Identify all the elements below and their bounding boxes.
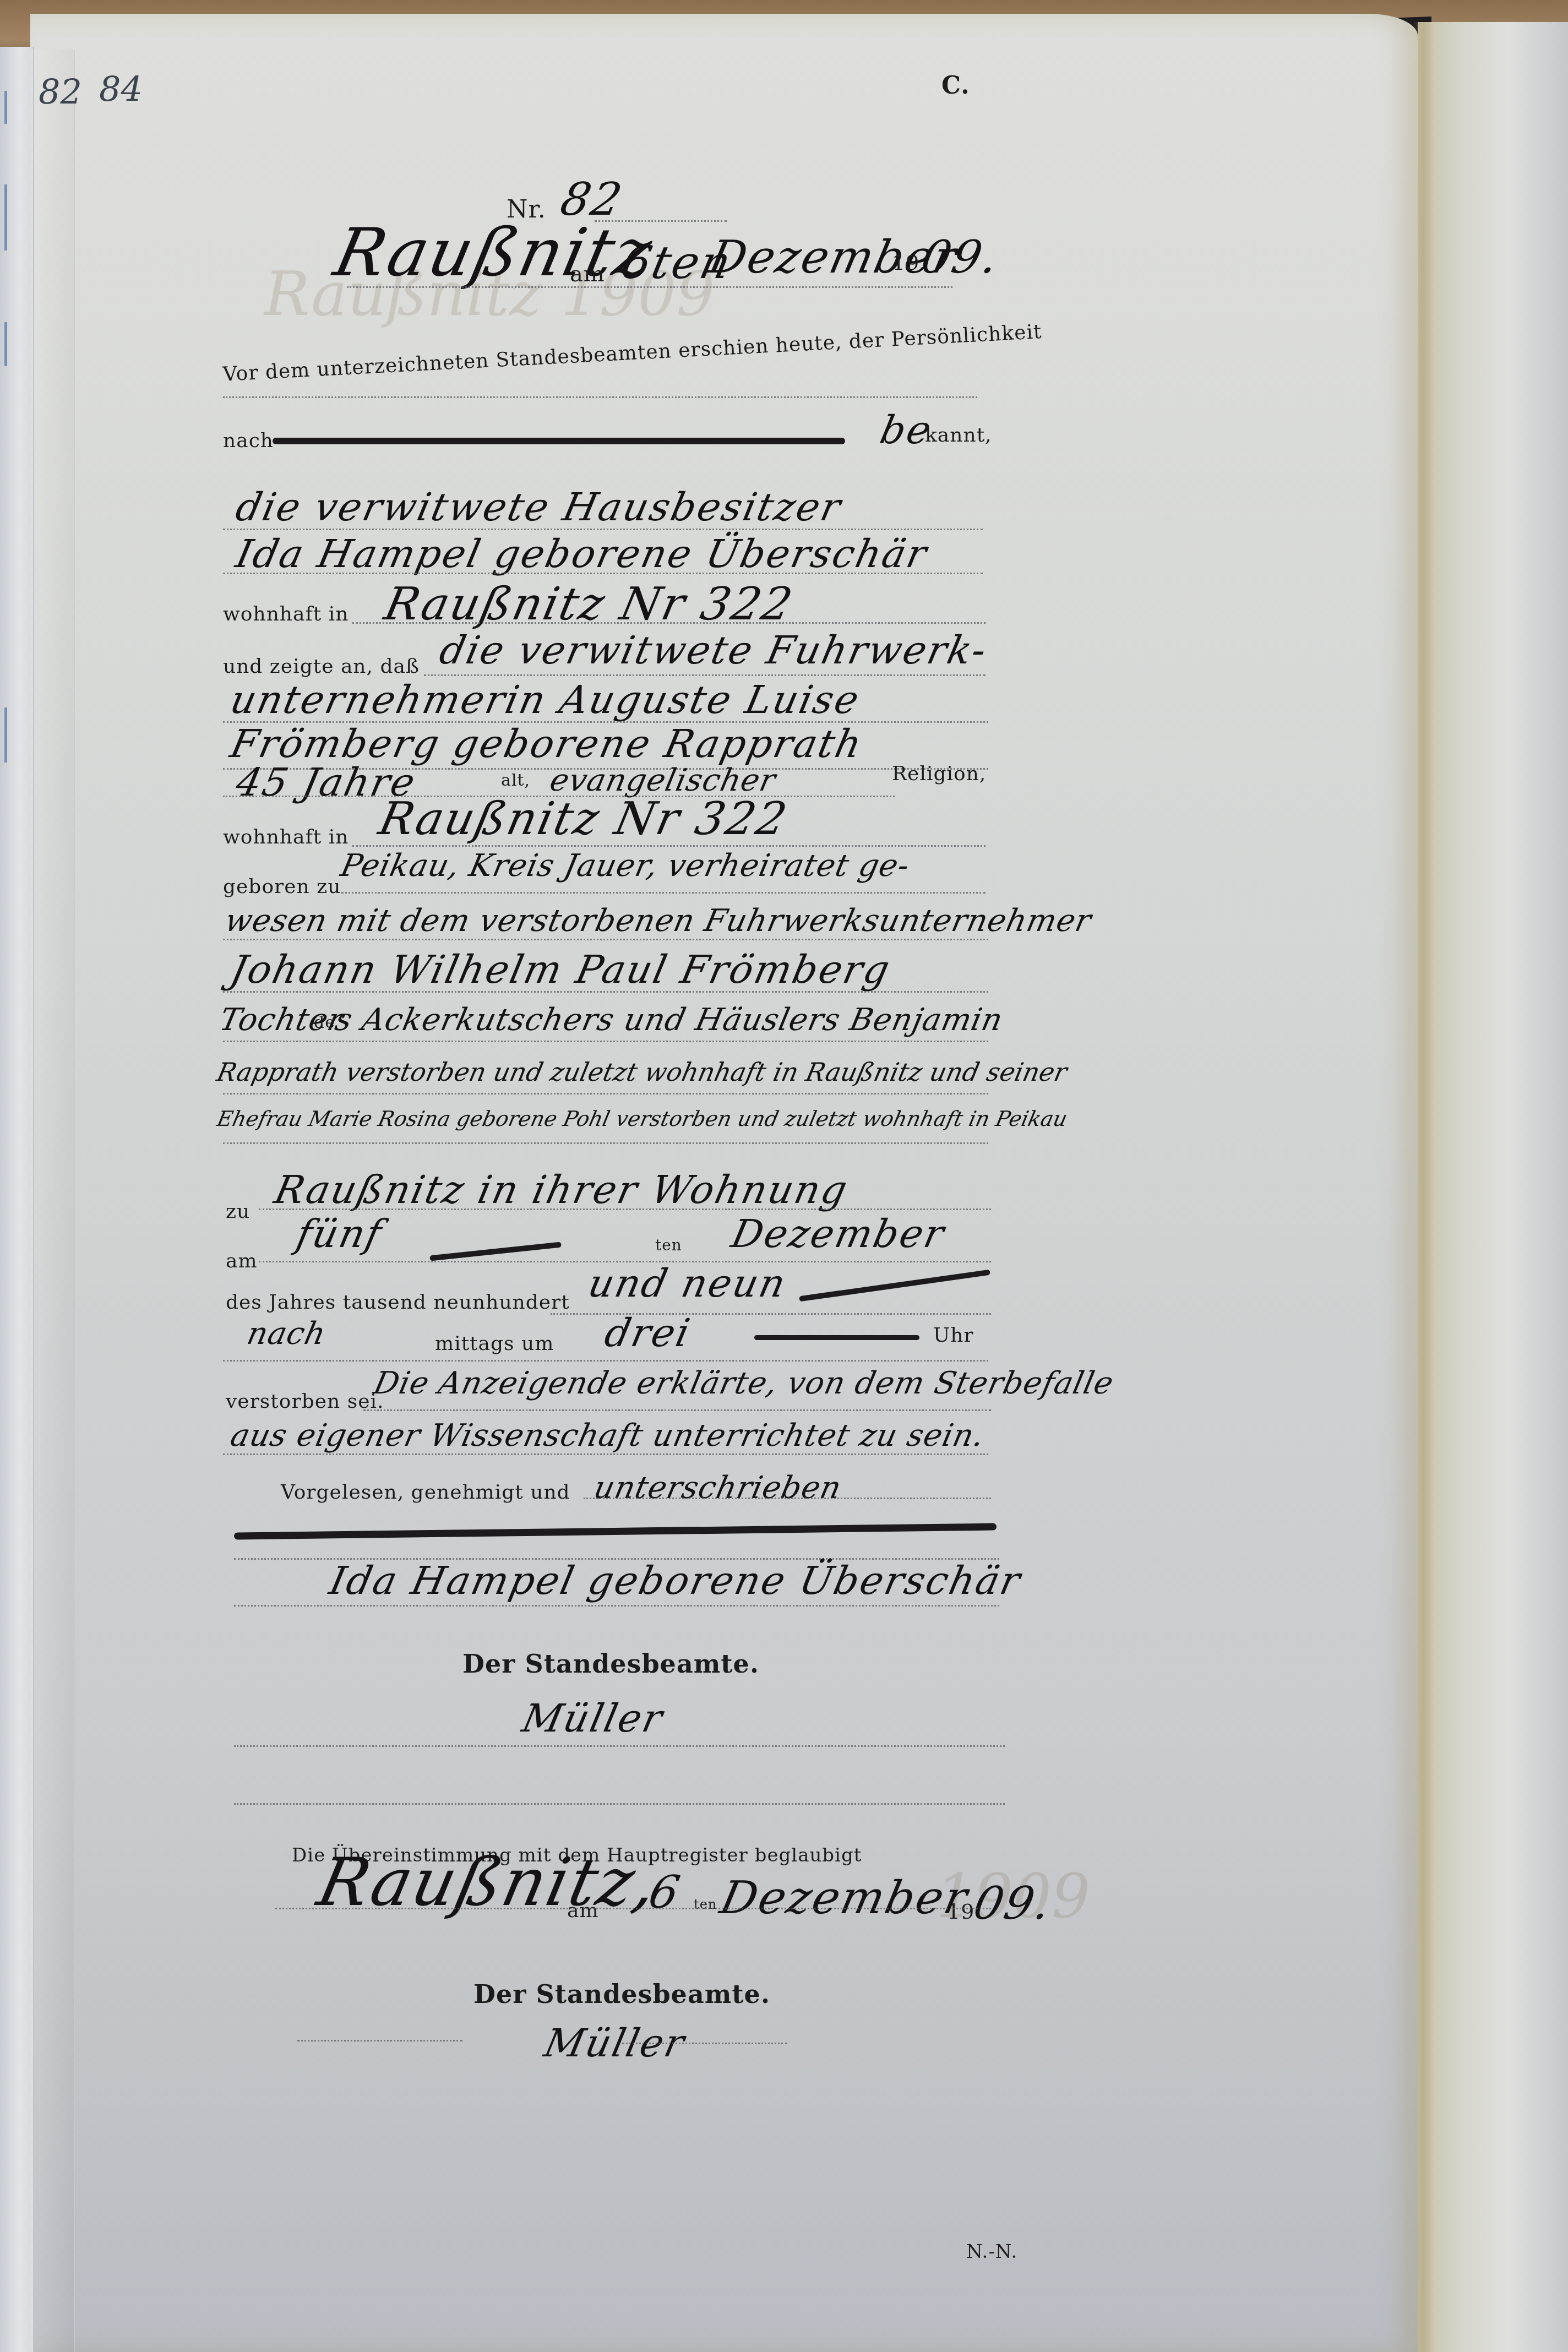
ten-label: ten — [655, 1236, 682, 1254]
section-letter: C. — [941, 72, 970, 100]
daytime-value: nach — [244, 1316, 329, 1352]
death-place: Raußnitz in ihrer Wohnung — [270, 1167, 852, 1212]
dotted-line — [223, 1093, 988, 1095]
parents-line-1: s Ackerkutschers und Häuslers Benjamin — [332, 1002, 1006, 1038]
edge-mark — [4, 707, 7, 763]
page-margin-strip — [30, 50, 75, 2352]
dotted-line — [259, 1208, 991, 1210]
dotted-line — [223, 529, 983, 530]
nach-label: nach — [223, 429, 274, 452]
zeigte-label: und zeigte an, daß — [223, 655, 420, 678]
margin-number-84: 84 — [99, 69, 143, 109]
wohnhaft-label: wohnhaft in — [223, 603, 349, 625]
header-am-label: am — [570, 262, 605, 287]
vorgelesen-label: Vorgelesen, genehmigt und — [281, 1481, 570, 1504]
strike-line — [754, 1335, 919, 1340]
parents-line-2: Rapprath verstorben und zuletzt wohnhaft… — [214, 1057, 1070, 1087]
edge-mark — [4, 322, 7, 366]
dotted-line — [363, 1409, 991, 1411]
death-month: Dezember — [727, 1211, 949, 1256]
dotted-line — [424, 674, 986, 676]
dotted-line — [223, 573, 983, 574]
death-hour: drei — [601, 1310, 695, 1355]
deceased-residence: Raußnitz Nr 322 — [374, 793, 793, 845]
dotted-line — [234, 1745, 1005, 1747]
deceased-line-2: unternehmerin Auguste Luise — [226, 677, 864, 722]
next-page-edge — [1418, 22, 1568, 2352]
vorgelesen-value: unterschrieben — [591, 1470, 845, 1506]
dotted-line — [584, 1498, 991, 1499]
registrar-signature: Müller — [518, 1696, 668, 1741]
header-year-suffix: 09. — [917, 231, 1005, 284]
dotted-line — [223, 1453, 988, 1455]
dotted-line — [223, 396, 977, 398]
dotted-line — [622, 2043, 787, 2044]
bekannt-printed: kannt, — [925, 424, 992, 447]
dotted-line — [234, 1605, 999, 1607]
geboren-label: geboren zu — [223, 875, 341, 898]
edge-mark — [4, 184, 7, 251]
dotted-line — [223, 939, 988, 940]
deceased-line-1: die verwitwete Fuhrwerk- — [435, 628, 992, 673]
informant-signature: Ida Hampel geborene Überschär — [325, 1558, 1026, 1603]
married-line-2: Johann Wilhelm Paul Frömberg — [226, 947, 895, 992]
dotted-line — [275, 1908, 991, 1909]
jahres-label: des Jahres tausend neunhundert — [226, 1291, 570, 1314]
birthplace: Peikau, Kreis Jauer, verheiratet ge- — [337, 848, 913, 884]
married-line-1: wesen mit dem verstorbenen Fuhrwerksunte… — [222, 903, 1095, 939]
mittags-label: mittags um — [435, 1332, 554, 1355]
parents-de-label: de — [314, 1013, 335, 1032]
remark-line-2: aus eigener Wissenschaft unterrichtet zu… — [227, 1418, 988, 1453]
death-am-label: am — [226, 1250, 258, 1272]
registrar-title: Der Standesbeamte. — [462, 1649, 759, 1679]
dotted-line — [223, 1142, 988, 1144]
edge-mark — [4, 91, 7, 124]
dotted-line — [223, 1041, 988, 1042]
parents-line-3: Ehefrau Marie Rosina geborene Pohl verst… — [215, 1107, 1069, 1131]
certification-year-suffix: 09. — [969, 1877, 1057, 1930]
alt-label: alt, — [501, 771, 530, 790]
certification-registrar-title: Der Standesbeamte. — [473, 1979, 770, 2009]
death-day: fünf — [292, 1211, 386, 1256]
dotted-line — [297, 2040, 462, 2041]
certification-am-label: am — [567, 1899, 599, 1922]
margin-number-82: 82 — [39, 72, 82, 112]
certification-month: Dezember — [716, 1872, 973, 1924]
certification-ten-label: ten — [694, 1897, 717, 1912]
religion-label: Religion, — [892, 763, 986, 785]
book-spine-edge — [0, 47, 34, 2352]
dotted-line — [234, 1803, 1005, 1805]
remark-line-1: Die Anzeigende erklärte, von dem Sterbef… — [371, 1365, 1117, 1401]
death-year-words: und neun — [584, 1261, 791, 1306]
footer-printer-mark: N.-N. — [966, 2241, 1017, 2263]
header-year-prefix: 19 — [892, 251, 919, 275]
zu-label: zu — [226, 1200, 250, 1223]
informant-line-1: die verwitwete Hausbesitzer — [232, 484, 846, 530]
verstorben-label: verstorben sei. — [226, 1390, 384, 1413]
certification-place: Raußnitz, — [311, 1844, 666, 1921]
dotted-line — [341, 892, 986, 894]
header-place: Raußnitz — [328, 215, 660, 291]
dotted-line — [347, 286, 952, 288]
informant-line-2: Ida Hampel geborene Überschär — [232, 531, 932, 576]
dotted-line — [352, 845, 986, 847]
dotted-line — [223, 991, 988, 993]
deceased-wohnhaft-label: wohnhaft in — [223, 826, 349, 848]
strike-line — [273, 438, 845, 444]
dotted-line — [352, 622, 986, 624]
dotted-line — [223, 1360, 988, 1362]
uhr-label: Uhr — [933, 1324, 974, 1347]
